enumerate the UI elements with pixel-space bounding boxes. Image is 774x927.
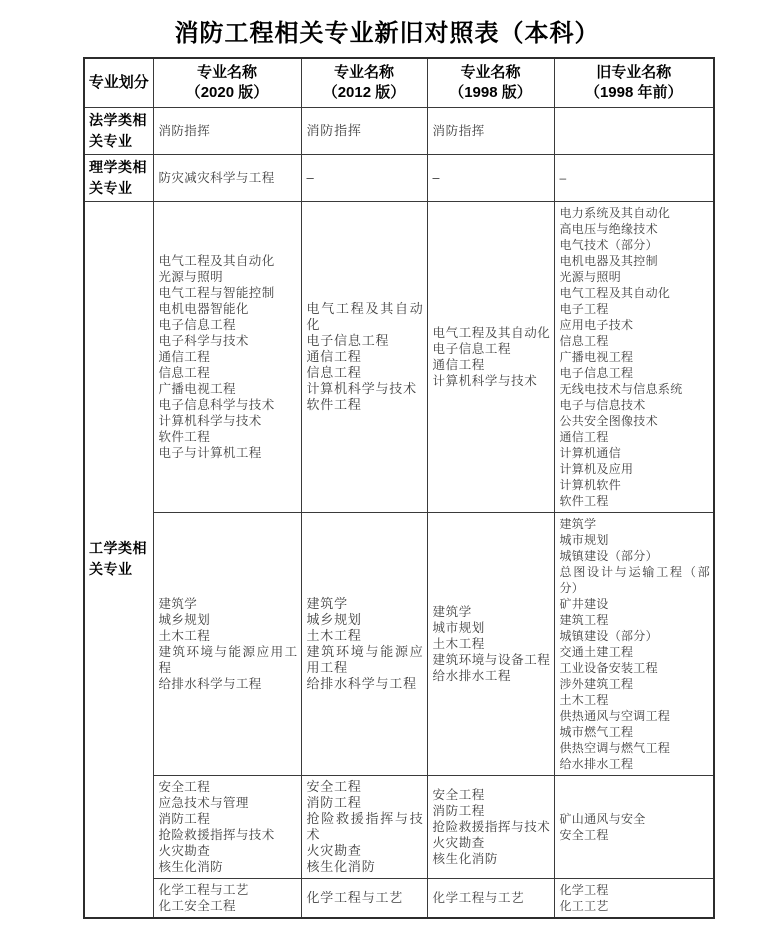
page-title: 消防工程相关专业新旧对照表（本科）: [0, 13, 774, 48]
major-item: 电子与计算机工程: [159, 445, 298, 461]
major-item: 化学工程: [560, 882, 711, 898]
major-item: 核生化消防: [307, 859, 424, 875]
major-item: 建筑学: [307, 596, 424, 612]
major-item: 电气工程及其自动化: [307, 301, 424, 333]
cell-law-1998: 消防指挥: [427, 107, 554, 154]
major-item: 总图设计与运输工程（部分）: [560, 564, 711, 596]
major-item: 建筑环境与设备工程: [433, 652, 551, 668]
major-item: 广播电视工程: [560, 349, 711, 365]
header-category: 专业划分: [84, 58, 153, 107]
header-line: 专业名称: [156, 63, 299, 83]
major-item: 给水排水工程: [560, 756, 711, 772]
header-line: （2012 版）: [304, 83, 425, 103]
major-item: 消防指挥: [433, 123, 551, 139]
major-item: 城镇建设（部分）: [560, 628, 711, 644]
cell-eng2-2012: 建筑学城乡规划土木工程建筑环境与能源应用工程给排水科学与工程: [301, 512, 427, 775]
major-item: 火灾勘查: [307, 843, 424, 859]
major-item: 软件工程: [560, 493, 711, 509]
table-row-engineering-electrical: 工学类相关专业 电气工程及其自动化光源与照明电气工程与智能控制电机电器智能化电子…: [84, 201, 714, 512]
cell-eng3-1998: 安全工程消防工程抢险救援指挥与技术火灾勘查核生化消防: [427, 775, 554, 878]
cell-eng4-old: 化学工程化工工艺: [554, 878, 714, 918]
header-line: 专业划分: [87, 73, 151, 93]
major-item: 建筑工程: [560, 612, 711, 628]
cell-eng1-old: 电力系统及其自动化高电压与绝缘技术电气技术（部分）电机电器及其控制光源与照明电气…: [554, 201, 714, 512]
cell-science-2020: 防灾减灾科学与工程: [153, 154, 301, 201]
table-row-engineering-chemical: 化学工程与工艺化工安全工程 化学工程与工艺 化学工程与工艺 化学工程化工工艺: [84, 878, 714, 918]
major-item: 抢险救援指挥与技术: [307, 811, 424, 843]
major-item: 信息工程: [307, 365, 424, 381]
major-item: 交通土建工程: [560, 644, 711, 660]
document-page: 消防工程相关专业新旧对照表（本科） 专业划分 专业名称 （2020 版） 专业名…: [0, 13, 774, 919]
major-item: 火灾勘查: [159, 843, 298, 859]
major-item: 土木工程: [560, 692, 711, 708]
header-2020: 专业名称 （2020 版）: [153, 58, 301, 107]
major-item: 化学工程与工艺: [433, 890, 551, 906]
header-2012: 专业名称 （2012 版）: [301, 58, 427, 107]
major-item: 土木工程: [307, 628, 424, 644]
major-item: 应用电子技术: [560, 317, 711, 333]
major-item: 给排水科学与工程: [159, 676, 298, 692]
major-item: 计算机通信: [560, 445, 711, 461]
major-item: 化工工艺: [560, 898, 711, 914]
major-item: 安全工程: [560, 827, 711, 843]
major-item: 城乡规划: [307, 612, 424, 628]
cell-eng2-1998: 建筑学城市规划土木工程建筑环境与设备工程给水排水工程: [427, 512, 554, 775]
major-item: 高电压与绝缘技术: [560, 221, 711, 237]
major-item: 核生化消防: [433, 851, 551, 867]
major-item: 通信工程: [159, 349, 298, 365]
major-item: 软件工程: [307, 397, 424, 413]
major-item: 消防工程: [433, 803, 551, 819]
major-item: 安全工程: [307, 779, 424, 795]
major-item: 电气工程及其自动化: [159, 253, 298, 269]
major-item: 电子信息科学与技术: [159, 397, 298, 413]
header-1998: 专业名称 （1998 版）: [427, 58, 554, 107]
major-item: 消防工程: [307, 795, 424, 811]
major-item: 广播电视工程: [159, 381, 298, 397]
major-item: 计算机科学与技术: [433, 373, 551, 389]
major-item: 计算机科学与技术: [159, 413, 298, 429]
cell-science-2012: –: [301, 154, 427, 201]
cell-eng1-2012: 电气工程及其自动化电子信息工程通信工程信息工程计算机科学与技术软件工程: [301, 201, 427, 512]
major-item: 建筑环境与能源应用工程: [159, 644, 298, 676]
cell-eng3-2012: 安全工程消防工程抢险救援指挥与技术火灾勘查核生化消防: [301, 775, 427, 878]
major-item: 城市规划: [560, 532, 711, 548]
header-line: 旧专业名称: [557, 63, 712, 83]
major-item: 供热空调与燃气工程: [560, 740, 711, 756]
cell-law-2012: 消防指挥: [301, 107, 427, 154]
table-row-law: 法学类相关专业 消防指挥 消防指挥 消防指挥: [84, 107, 714, 154]
comparison-table: 专业划分 专业名称 （2020 版） 专业名称 （2012 版） 专业名称 （1…: [83, 57, 715, 919]
major-item: 电力系统及其自动化: [560, 205, 711, 221]
major-item: 抢险救援指挥与技术: [159, 827, 298, 843]
major-item: 电气技术（部分）: [560, 237, 711, 253]
category-law: 法学类相关专业: [84, 107, 153, 154]
major-item: 化工安全工程: [159, 898, 298, 914]
header-line: （1998 版）: [430, 83, 552, 103]
major-item: 电子科学与技术: [159, 333, 298, 349]
major-item: 通信工程: [307, 349, 424, 365]
cell-law-2020: 消防指挥: [153, 107, 301, 154]
cell-science-1998: –: [427, 154, 554, 201]
major-item: 软件工程: [159, 429, 298, 445]
major-item: –: [433, 170, 551, 186]
major-item: 抢险救援指挥与技术: [433, 819, 551, 835]
major-item: 消防指挥: [307, 123, 424, 139]
major-item: 城乡规划: [159, 612, 298, 628]
major-item: 电气工程与智能控制: [159, 285, 298, 301]
major-item: 建筑学: [560, 516, 711, 532]
major-item: 电子信息工程: [159, 317, 298, 333]
major-item: 通信工程: [433, 357, 551, 373]
major-item: 化学工程与工艺: [307, 890, 424, 906]
major-item: 土木工程: [433, 636, 551, 652]
major-item: 计算机科学与技术: [307, 381, 424, 397]
major-item: 给水排水工程: [433, 668, 551, 684]
cell-eng2-old: 建筑学城市规划城镇建设（部分）总图设计与运输工程（部分）矿井建设建筑工程城镇建设…: [554, 512, 714, 775]
header-old: 旧专业名称 （1998 年前）: [554, 58, 714, 107]
major-item: 城市规划: [433, 620, 551, 636]
major-item: 消防指挥: [159, 123, 298, 139]
header-line: 专业名称: [304, 63, 425, 83]
cell-eng3-old: 矿山通风与安全安全工程: [554, 775, 714, 878]
major-item: 工业设备安装工程: [560, 660, 711, 676]
cell-eng1-1998: 电气工程及其自动化电子信息工程通信工程计算机科学与技术: [427, 201, 554, 512]
major-item: 无线电技术与信息系统: [560, 381, 711, 397]
major-item: 应急技术与管理: [159, 795, 298, 811]
cell-eng4-2020: 化学工程与工艺化工安全工程: [153, 878, 301, 918]
cell-law-old: [554, 107, 714, 154]
major-item: 建筑学: [159, 596, 298, 612]
major-item: 光源与照明: [159, 269, 298, 285]
table-row-science: 理学类相关专业 防灾减灾科学与工程 – – –: [84, 154, 714, 201]
cell-science-old: –: [554, 154, 714, 201]
major-item: 安全工程: [159, 779, 298, 795]
major-item: 供热通风与空调工程: [560, 708, 711, 724]
major-item: 光源与照明: [560, 269, 711, 285]
major-item: 涉外建筑工程: [560, 676, 711, 692]
major-item: 核生化消防: [159, 859, 298, 875]
major-item: 电机电器及其控制: [560, 253, 711, 269]
major-item: 电子工程: [560, 301, 711, 317]
major-item: 电子信息工程: [560, 365, 711, 381]
header-line: （1998 年前）: [557, 83, 712, 103]
table-row-engineering-safety: 安全工程应急技术与管理消防工程抢险救援指挥与技术火灾勘查核生化消防 安全工程消防…: [84, 775, 714, 878]
major-item: 信息工程: [560, 333, 711, 349]
cell-eng3-2020: 安全工程应急技术与管理消防工程抢险救援指挥与技术火灾勘查核生化消防: [153, 775, 301, 878]
major-item: 计算机软件: [560, 477, 711, 493]
major-item: 电子与信息技术: [560, 397, 711, 413]
cell-eng2-2020: 建筑学城乡规划土木工程建筑环境与能源应用工程给排水科学与工程: [153, 512, 301, 775]
major-item: 公共安全图像技术: [560, 413, 711, 429]
major-item: 电子信息工程: [433, 341, 551, 357]
major-item: 防灾减灾科学与工程: [159, 170, 298, 186]
major-item: 城镇建设（部分）: [560, 548, 711, 564]
major-item: 化学工程与工艺: [159, 882, 298, 898]
header-line: 专业名称: [430, 63, 552, 83]
major-item: 矿井建设: [560, 596, 711, 612]
major-item: 通信工程: [560, 429, 711, 445]
major-item: 消防工程: [159, 811, 298, 827]
cell-eng4-2012: 化学工程与工艺: [301, 878, 427, 918]
cell-eng1-2020: 电气工程及其自动化光源与照明电气工程与智能控制电机电器智能化电子信息工程电子科学…: [153, 201, 301, 512]
major-item: 城市燃气工程: [560, 724, 711, 740]
major-item: 火灾勘查: [433, 835, 551, 851]
major-item: 矿山通风与安全: [560, 811, 711, 827]
table-row-engineering-civil: 建筑学城乡规划土木工程建筑环境与能源应用工程给排水科学与工程 建筑学城乡规划土木…: [84, 512, 714, 775]
major-item: 土木工程: [159, 628, 298, 644]
major-item: –: [307, 170, 424, 186]
major-item: 建筑环境与能源应用工程: [307, 644, 424, 676]
major-item: 电机电器智能化: [159, 301, 298, 317]
major-item: 给排水科学与工程: [307, 676, 424, 692]
category-engineering: 工学类相关专业: [84, 201, 153, 918]
major-item: 电气工程及其自动化: [433, 325, 551, 341]
major-item: 信息工程: [159, 365, 298, 381]
major-item: 电子信息工程: [307, 333, 424, 349]
major-item: –: [560, 170, 711, 186]
header-line: （2020 版）: [156, 83, 299, 103]
major-item: 安全工程: [433, 787, 551, 803]
major-item: 电气工程及其自动化: [560, 285, 711, 301]
category-science: 理学类相关专业: [84, 154, 153, 201]
cell-eng4-1998: 化学工程与工艺: [427, 878, 554, 918]
major-item: 建筑学: [433, 604, 551, 620]
header-row: 专业划分 专业名称 （2020 版） 专业名称 （2012 版） 专业名称 （1…: [84, 58, 714, 107]
major-item: 计算机及应用: [560, 461, 711, 477]
